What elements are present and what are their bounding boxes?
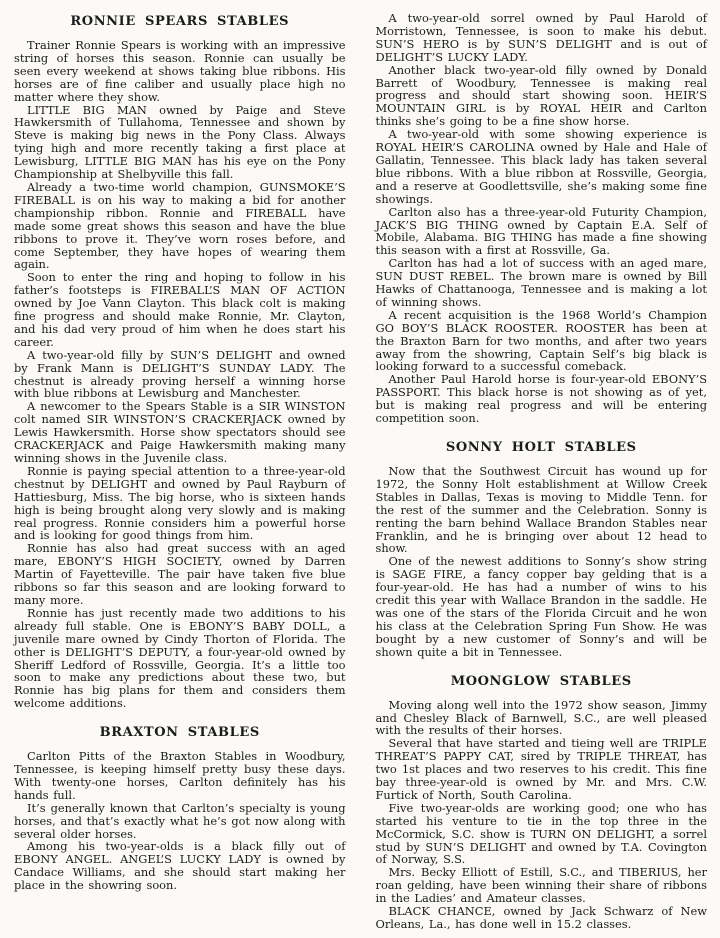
left-column: RONNIE SPEARS STABLESTrainer Ronnie Spea… bbox=[14, 12, 346, 928]
article-paragraph: Ronnie has also had great success with a… bbox=[14, 542, 346, 607]
article-paragraph: BLACK CHANCE, owned by Jack Schwarz of N… bbox=[376, 905, 708, 931]
article-paragraph: Trainer Ronnie Spears is working with an… bbox=[14, 39, 346, 104]
article-paragraph: Another black two-year-old filly owned b… bbox=[376, 64, 708, 129]
article-paragraph: Now that the Southwest Circuit has wound… bbox=[376, 465, 708, 555]
section-heading-ronnie-spears-stables: RONNIE SPEARS STABLES bbox=[14, 14, 346, 29]
article-paragraph: Several that have started and tieing wel… bbox=[376, 737, 708, 802]
article-paragraph: Mrs. Becky Elliott of Estill, S.C., and … bbox=[376, 866, 708, 905]
article-paragraph: Soon to enter the ring and hoping to fol… bbox=[14, 271, 346, 348]
section-heading-braxton-stables: BRAXTON STABLES bbox=[14, 725, 346, 740]
magazine-page: RONNIE SPEARS STABLESTrainer Ronnie Spea… bbox=[0, 0, 720, 938]
article-paragraph: LITTLE BIG MAN owned by Paige and Steve … bbox=[14, 104, 346, 181]
section-heading-sonny-holt-stables: SONNY HOLT STABLES bbox=[376, 440, 708, 455]
article-paragraph: A two-year-old with some showing experie… bbox=[376, 128, 708, 205]
article-paragraph: Another Paul Harold horse is four-year-o… bbox=[376, 373, 708, 425]
right-column: A two-year-old sorrel owned by Paul Haro… bbox=[376, 12, 708, 928]
article-paragraph: One of the newest additions to Sonny’s s… bbox=[376, 555, 708, 658]
article-paragraph: Five two-year-olds are working good; one… bbox=[376, 802, 708, 867]
article-paragraph: A two-year-old sorrel owned by Paul Haro… bbox=[376, 12, 708, 64]
article-paragraph: Carlton Pitts of the Braxton Stables in … bbox=[14, 750, 346, 802]
article-paragraph: A recent acquisition is the 1968 World’s… bbox=[376, 309, 708, 374]
article-paragraph: Ronnie is paying special attention to a … bbox=[14, 465, 346, 542]
article-paragraph: Already a two-time world champion, GUNSM… bbox=[14, 181, 346, 271]
article-paragraph: A newcomer to the Spears Stable is a SIR… bbox=[14, 400, 346, 465]
article-paragraph: Among his two-year-olds is a black filly… bbox=[14, 840, 346, 892]
article-paragraph: Carlton also has a three-year-old Futuri… bbox=[376, 206, 708, 258]
article-paragraph: Ronnie has just recently made two additi… bbox=[14, 607, 346, 710]
article-paragraph: Moving along well into the 1972 show sea… bbox=[376, 699, 708, 738]
section-heading-moonglow-stables: MOONGLOW STABLES bbox=[376, 674, 708, 689]
article-paragraph: Carlton has had a lot of success with an… bbox=[376, 257, 708, 309]
two-column-layout: RONNIE SPEARS STABLESTrainer Ronnie Spea… bbox=[14, 12, 707, 928]
article-paragraph: It’s generally known that Carlton’s spec… bbox=[14, 802, 346, 841]
article-paragraph: A two-year-old filly by SUN’S DELIGHT an… bbox=[14, 349, 346, 401]
